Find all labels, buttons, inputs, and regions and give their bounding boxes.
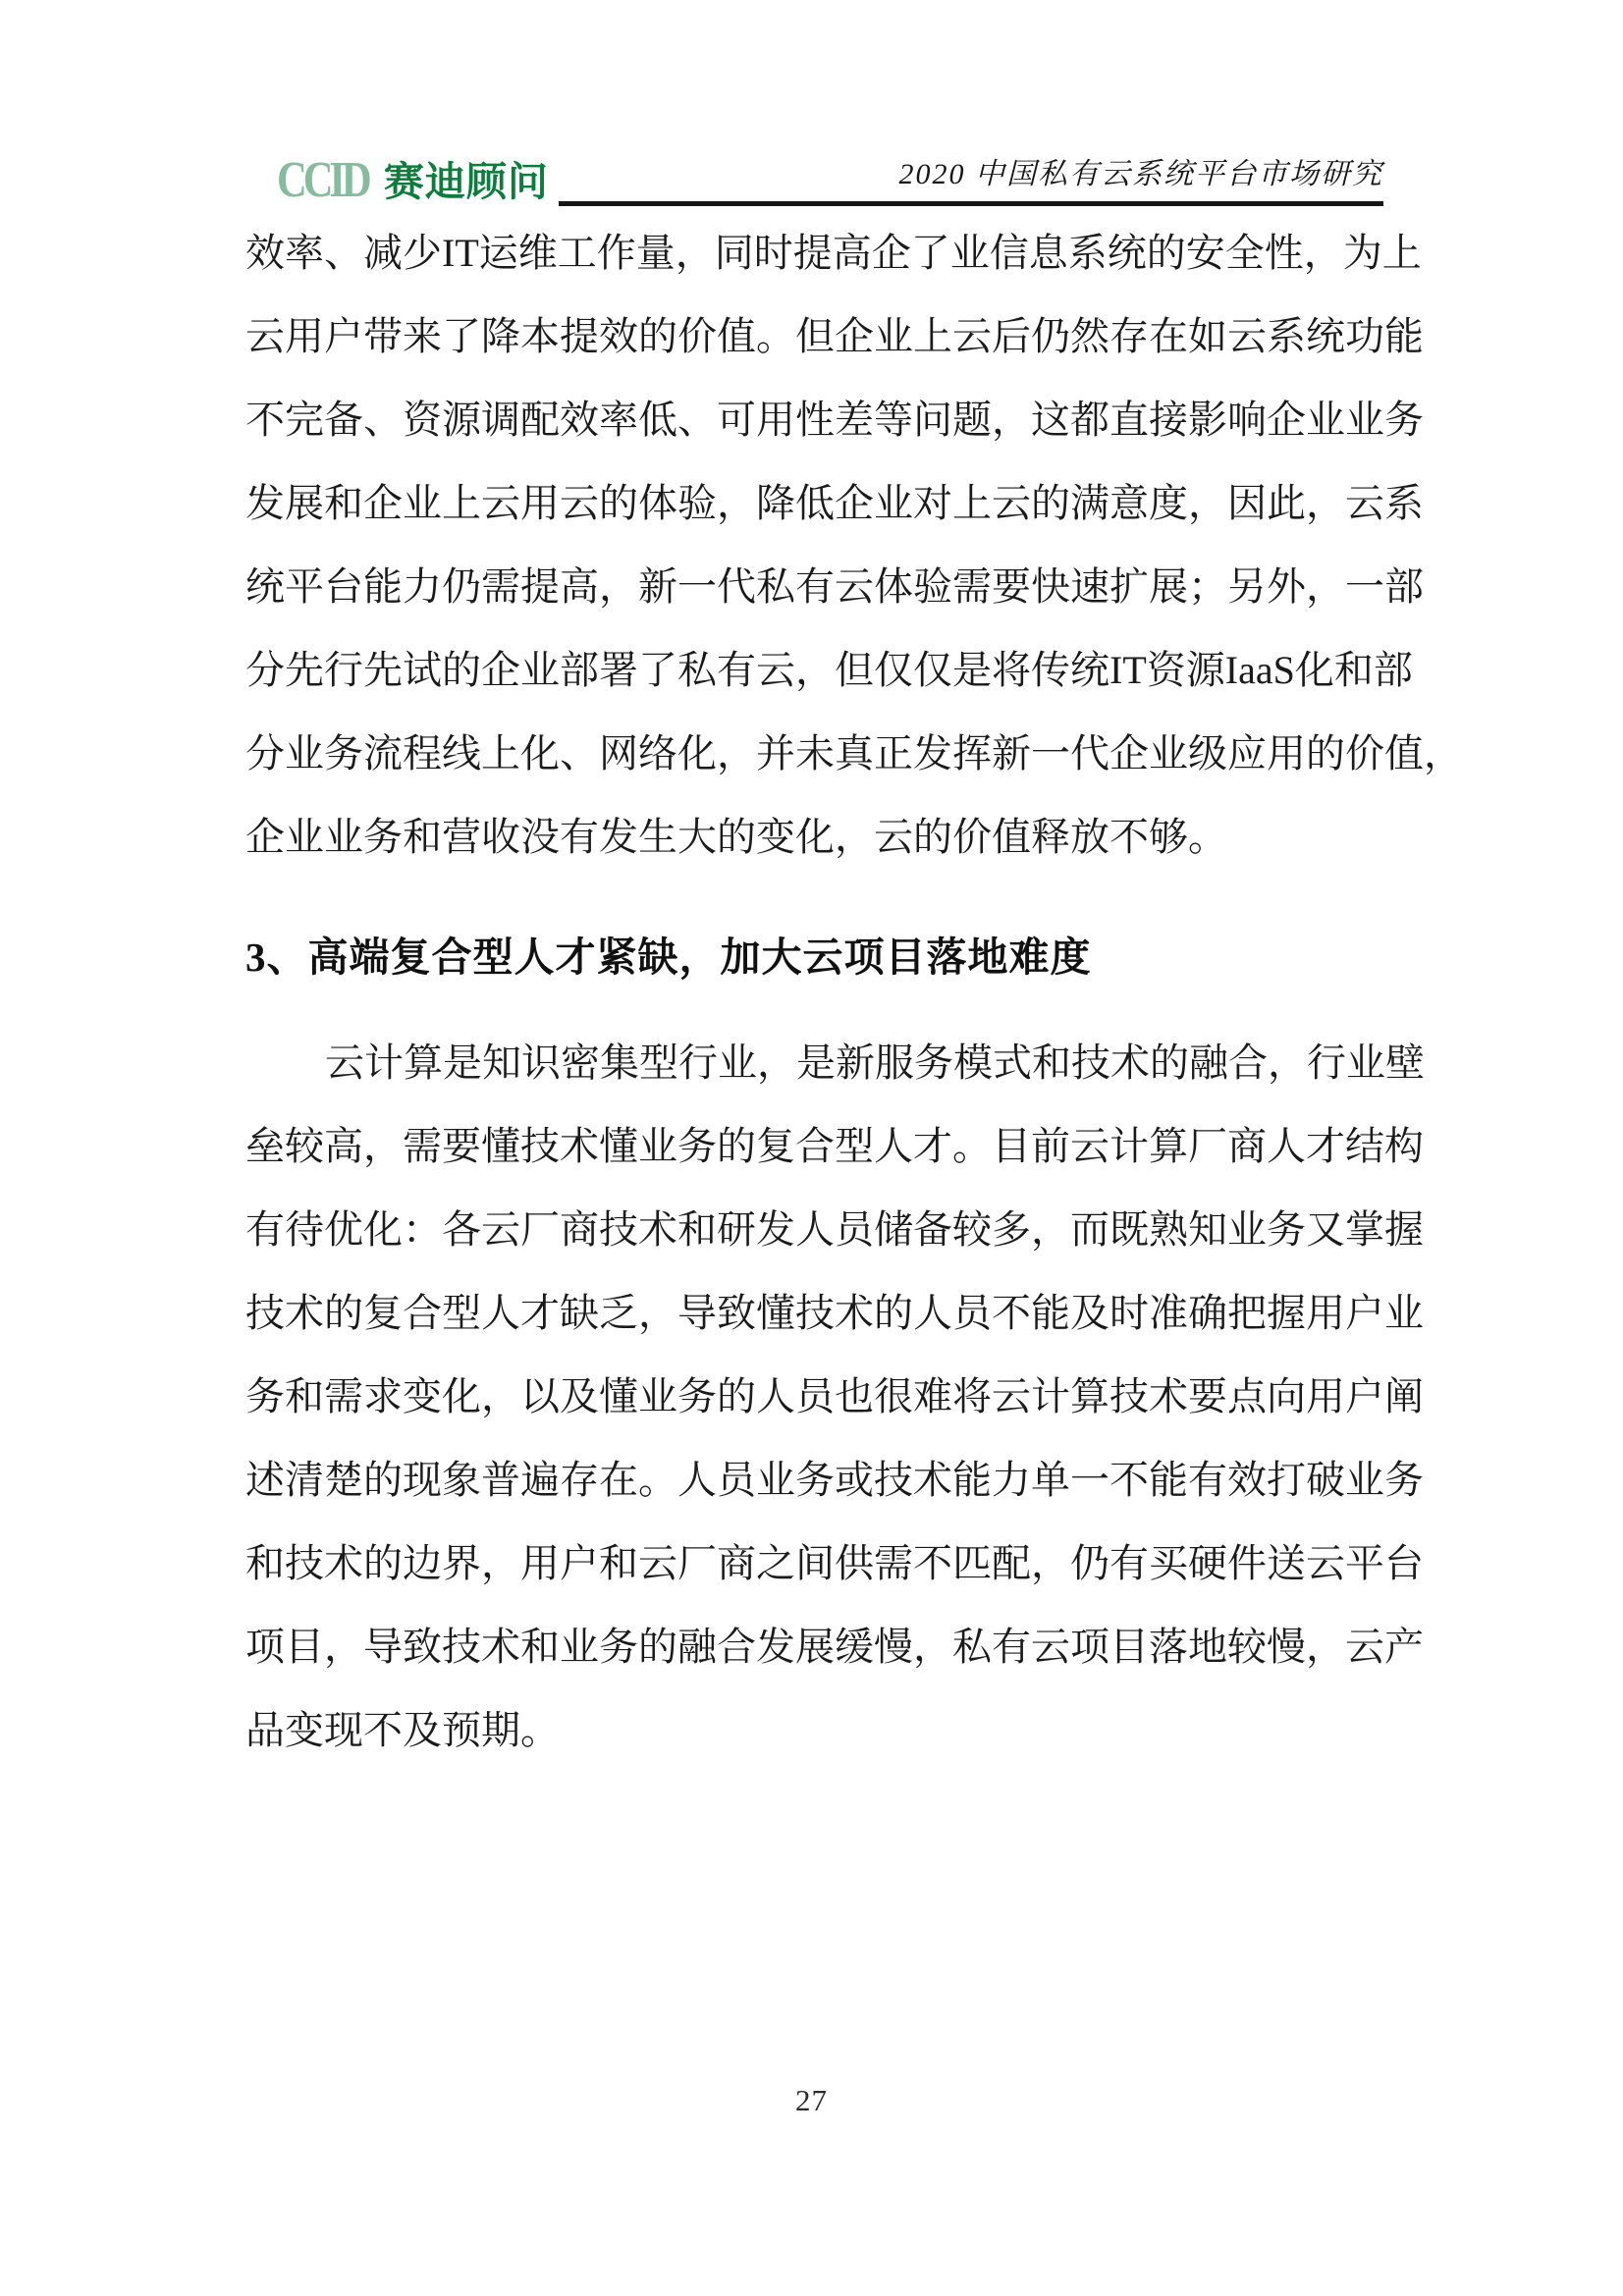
body-text: 效率、减少IT运维工作量，同时提高企了业信息系统的安全性，为上 云用户带来了降本… [245, 211, 1381, 1772]
paragraph-line: 品变现不及预期。 [245, 1688, 1381, 1772]
paragraph-line: 述清楚的现象普遍存在。人员业务或技术能力单一不能有效打破业务 [245, 1438, 1381, 1522]
header-title: 2020 中国私有云系统平台市场研究 [899, 149, 1384, 192]
paragraph-line: 统平台能力仍需提高，新一代私有云体验需要快速扩展；另外，一部 [245, 545, 1381, 628]
paragraph-2: 云计算是知识密集型行业，是新服务模式和技术的融合，行业壁 垒较高，需要懂技术懂业… [245, 1021, 1381, 1772]
paragraph-line: 有待优化：各云厂商技术和研发人员储备较多，而既熟知业务又掌握 [245, 1188, 1381, 1271]
ccid-logo-mark: CCID [277, 157, 368, 204]
paragraph-line: 企业业务和营收没有发生大的变化，云的价值释放不够。 [245, 795, 1381, 879]
ccid-logo-name: 赛迪顾问 [384, 159, 549, 204]
paragraph-line: 云用户带来了降本提效的价值。但企业上云后仍然存在如云系统功能 [245, 294, 1381, 378]
page-header: CCID 赛迪顾问 2020 中国私有云系统平台市场研究 [245, 149, 1383, 206]
page-number: 27 [795, 2083, 828, 2117]
ccid-logo: CCID 赛迪顾问 [277, 157, 549, 206]
paragraph-line: 垒较高，需要懂技术懂业务的复合型人才。目前云计算厂商人才结构 [245, 1104, 1381, 1188]
page-footer: 27 [0, 2083, 1623, 2118]
paragraph-1: 效率、减少IT运维工作量，同时提高企了业信息系统的安全性，为上 云用户带来了降本… [245, 211, 1381, 879]
paragraph-line: 和技术的边界，用户和云厂商之间供需不匹配，仍有买硬件送云平台 [245, 1522, 1381, 1605]
paragraph-line: 项目，导致技术和业务的融合发展缓慢，私有云项目落地较慢，云产 [245, 1605, 1381, 1688]
paragraph-line: 技术的复合型人才缺乏，导致懂技术的人员不能及时准确把握用户业 [245, 1271, 1381, 1355]
section-heading: 3、高端复合型人才紧缺，加大云项目落地难度 [245, 916, 1381, 999]
paragraph-line: 云计算是知识密集型行业，是新服务模式和技术的融合，行业壁 [245, 1021, 1381, 1104]
paragraph-line: 务和需求变化，以及懂业务的人员也很难将云计算技术要点向用户阐 [245, 1355, 1381, 1438]
document-page: CCID 赛迪顾问 2020 中国私有云系统平台市场研究 效率、减少IT运维工作… [0, 0, 1623, 2296]
paragraph-line: 分先行先试的企业部署了私有云，但仅仅是将传统IT资源IaaS化和部 [245, 628, 1381, 712]
paragraph-line: 效率、减少IT运维工作量，同时提高企了业信息系统的安全性，为上 [245, 211, 1381, 294]
paragraph-line: 发展和企业上云用云的体验，降低企业对上云的满意度，因此，云系 [245, 461, 1381, 545]
header-rule: 2020 中国私有云系统平台市场研究 [559, 149, 1383, 206]
paragraph-line: 分业务流程线上化、网络化，并未真正发挥新一代企业级应用的价值， [245, 712, 1381, 795]
paragraph-line: 不完备、资源调配效率低、可用性差等问题，这都直接影响企业业务 [245, 378, 1381, 461]
